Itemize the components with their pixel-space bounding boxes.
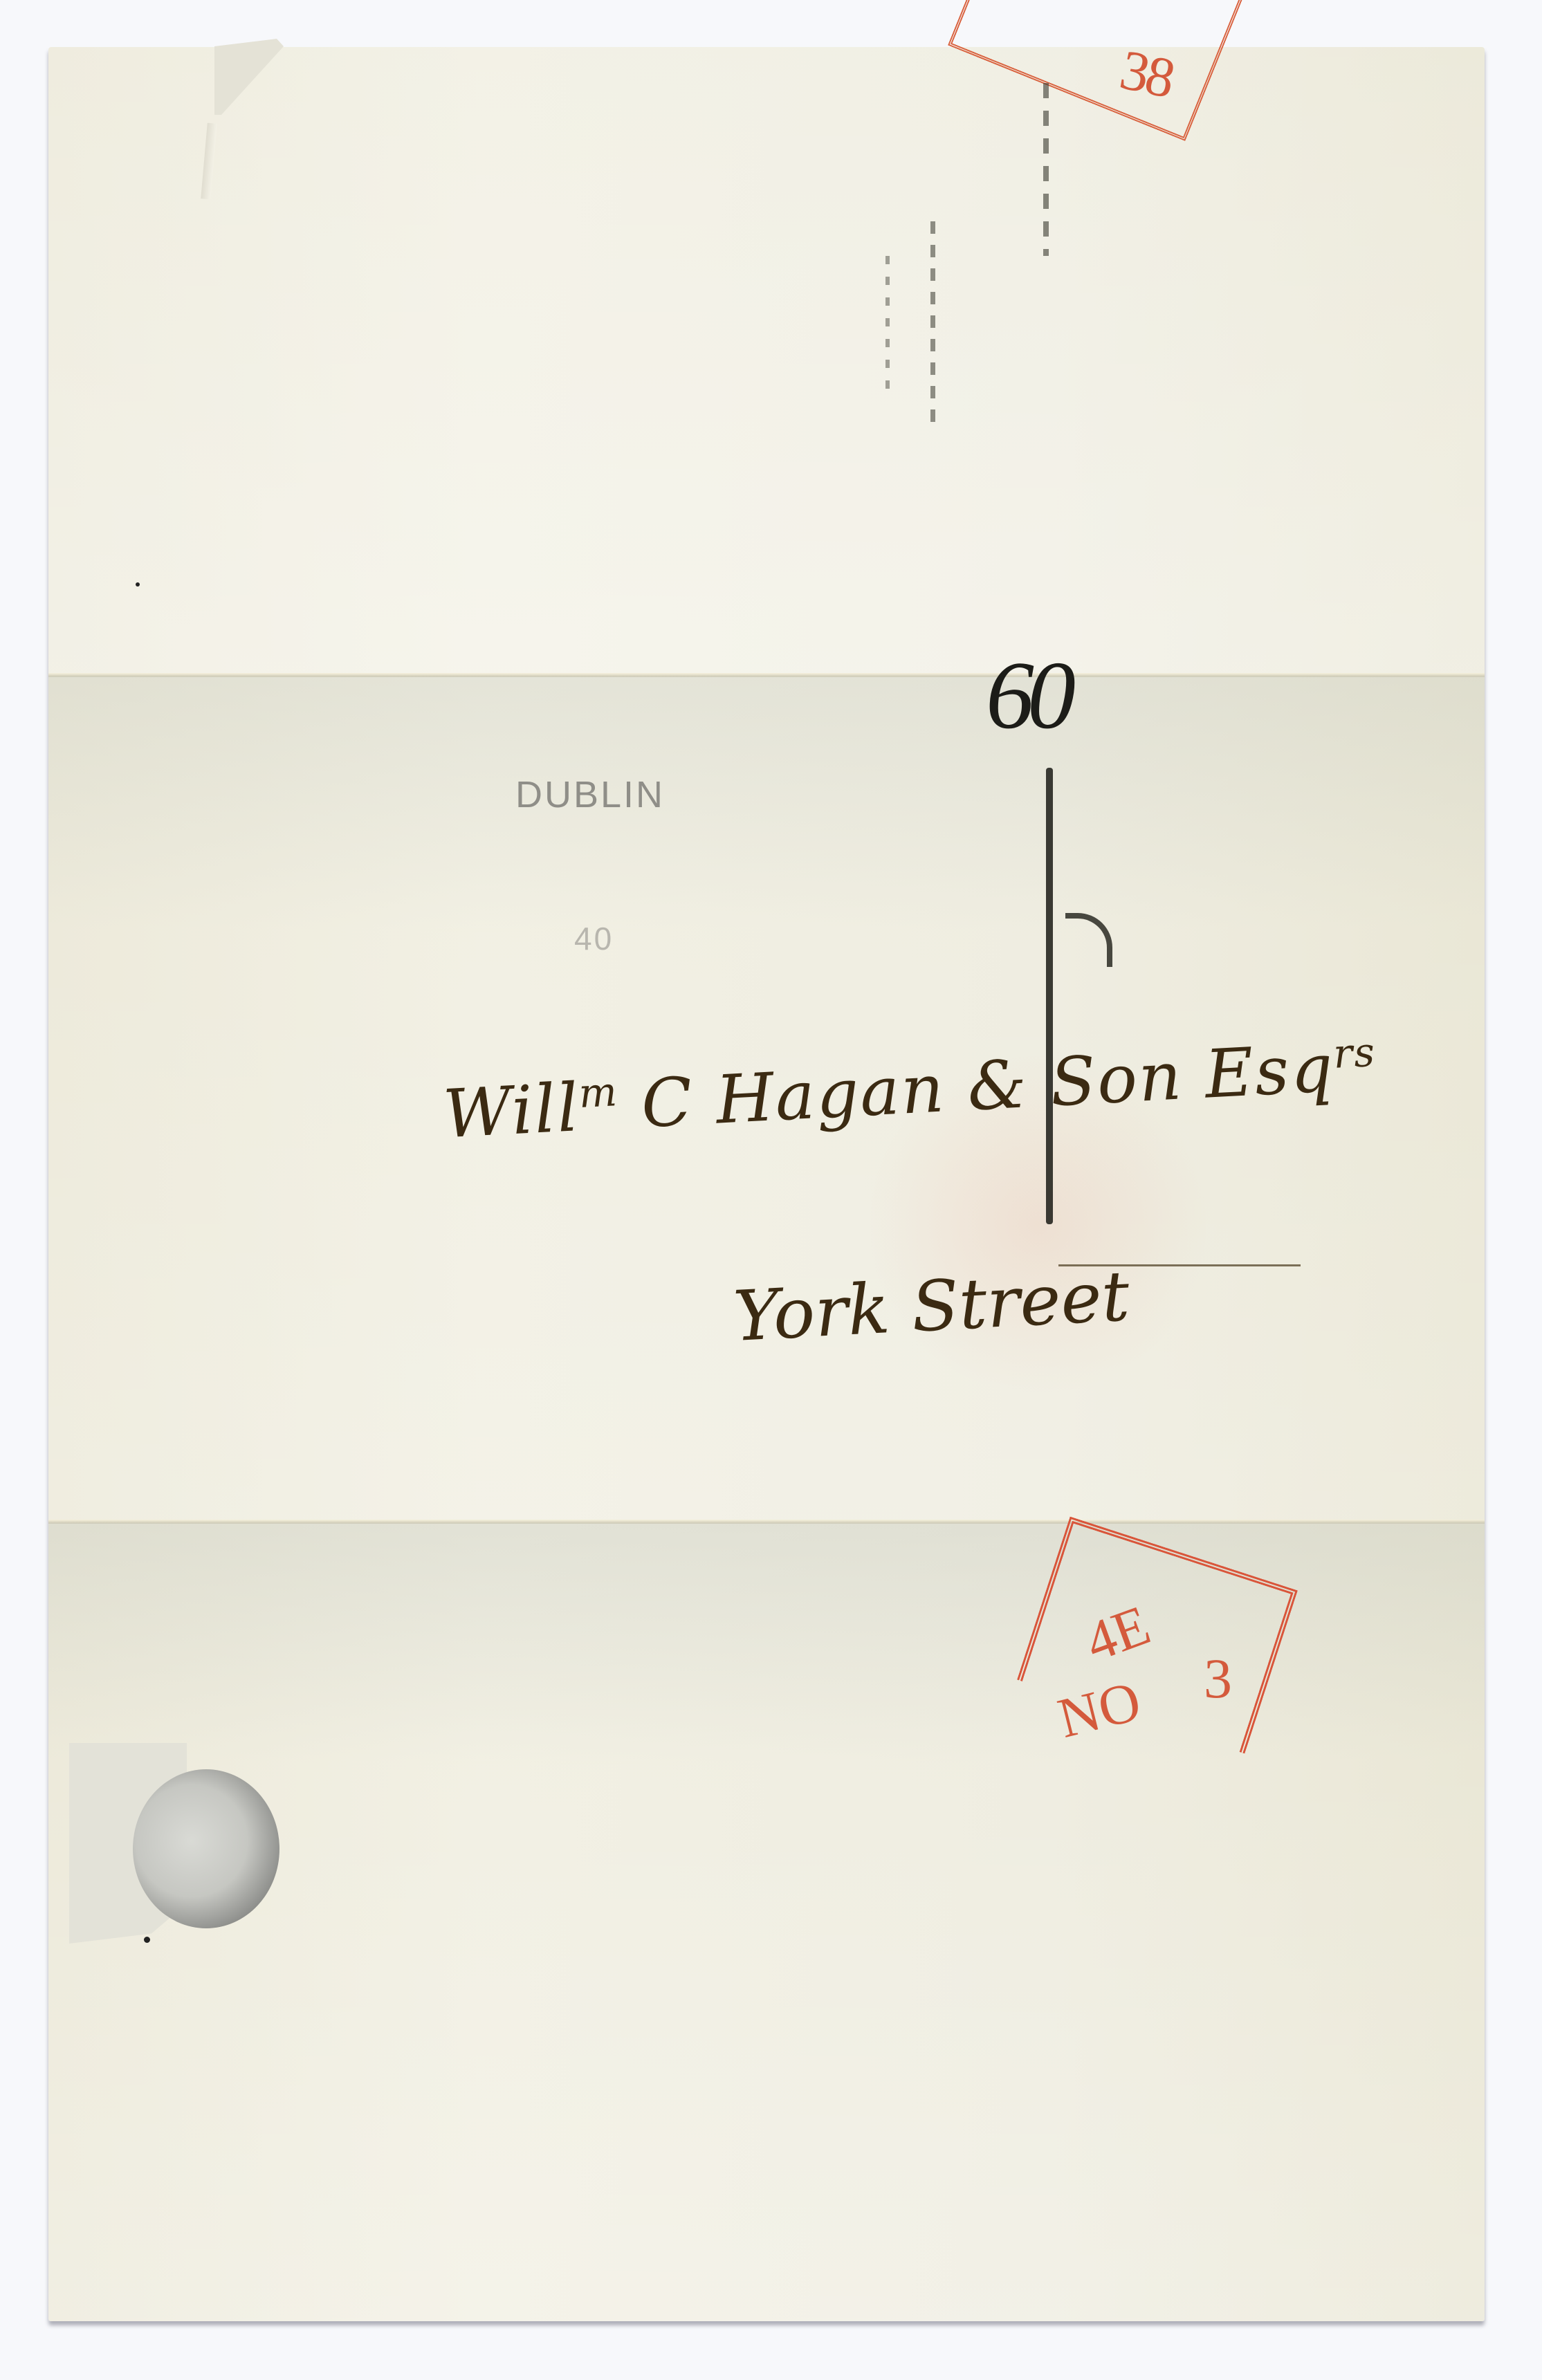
manuscript-rate-mark: 60 (986, 640, 1069, 751)
address-name-superscript: m (578, 1068, 619, 1117)
letter-sheet (48, 47, 1485, 2321)
manuscript-stroke-top (1043, 83, 1049, 256)
ink-speck (136, 582, 140, 587)
fold-panel-top (48, 47, 1485, 675)
postmark-top: 38 (962, 0, 1252, 124)
manuscript-stroke-left (930, 221, 935, 429)
ink-speck (144, 1937, 150, 1943)
postmark-bottom-number: 3 (1204, 1646, 1232, 1711)
postmark-top-frame (948, 0, 1259, 141)
address-name: Will (441, 1069, 582, 1153)
address-rest-superscript: rs (1332, 1028, 1377, 1078)
fold-line-upper (48, 673, 1485, 677)
manuscript-stroke-far-left (885, 256, 890, 394)
wax-seal (133, 1769, 279, 1928)
pencil-note-faint: 40 (574, 920, 614, 957)
manuscript-one-stroke (1046, 768, 1053, 1224)
postmark-bottom: 4E NO 3 (982, 1522, 1321, 1743)
pencil-note-dublin: DUBLIN (515, 773, 665, 816)
